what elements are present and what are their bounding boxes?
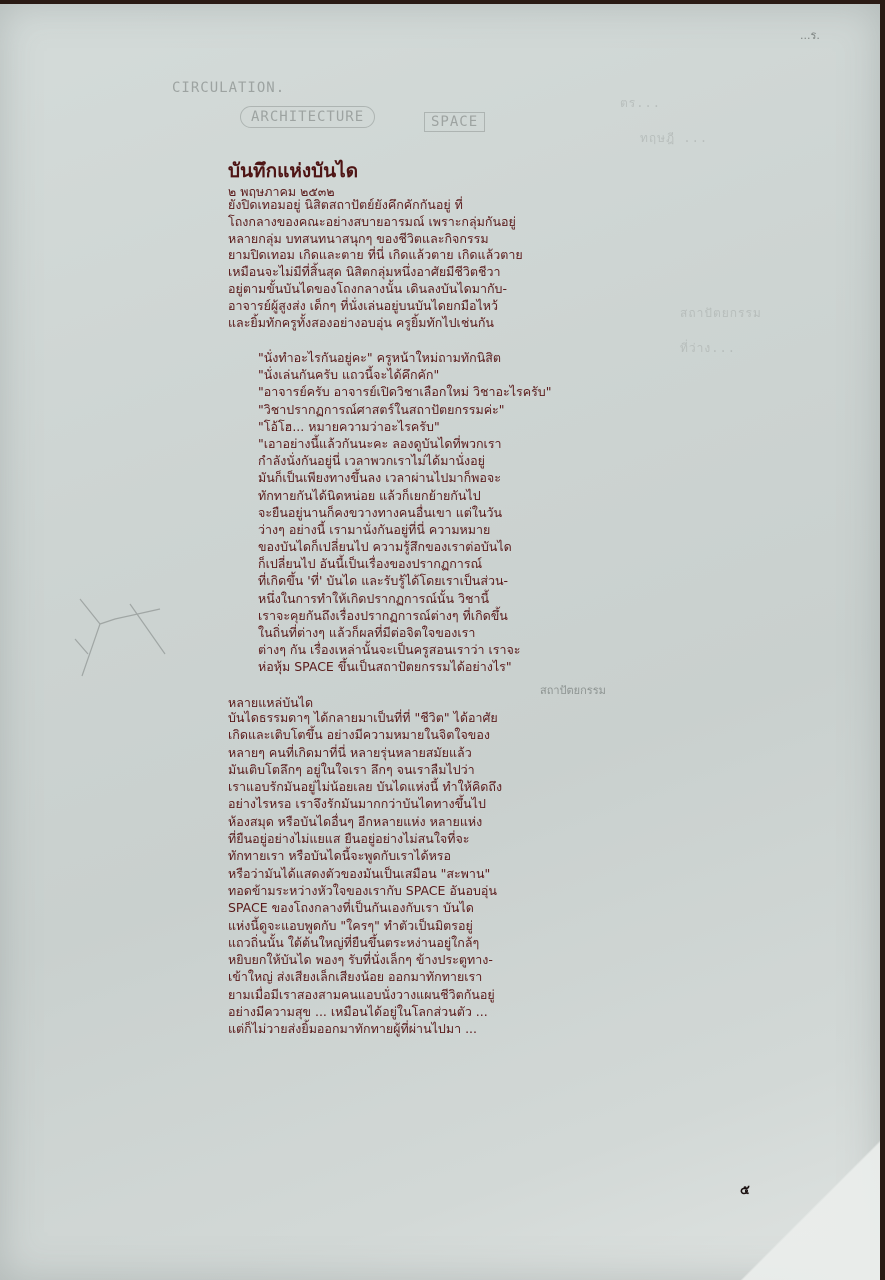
pencil-faint-note: สถาปัตยกรรม (680, 304, 762, 323)
paragraph-many-stairs: บันไดธรรมดาๆ ได้กลายมาเป็นที่ที่ "ชีวิต"… (228, 709, 502, 1038)
dialogue-line: ที่เกิดขึ้น 'ที่' บันได และรับรู้ได้โดยเ… (258, 572, 551, 589)
text-line: หลายกลุ่ม บทสนทนาสนุกๆ ของชีวิตและกิจกรร… (228, 231, 523, 248)
text-line: บันไดธรรมดาๆ ได้กลายมาเป็นที่ที่ "ชีวิต"… (228, 709, 502, 726)
pencil-faint-note: ตร... (620, 94, 661, 113)
pencil-note-circulation: CIRCULATION. (172, 80, 285, 96)
dialogue-line: ทักทายกันได้นิดหน่อย แล้วก็เยกย้ายกันไป (258, 487, 551, 504)
pencil-faint-note: ที่ว่าง... (680, 339, 736, 358)
dialogue-line: เราจะคุยกันถึงเรื่องปรากฏการณ์ต่างๆ ที่เ… (258, 607, 551, 624)
text-line: ทักทายเรา หรือบันไดนี้จะพูดกับเราได้หรอ (228, 847, 502, 864)
pencil-margin-note: สถาปัตยกรรม (540, 681, 606, 699)
pencil-scribble-icon (70, 594, 190, 694)
page-number: ๕ (740, 1179, 750, 1200)
text-line: แห่งนี้ดูจะแอบพูดกับ "ใครๆ" ทำตัวเป็นมิต… (228, 917, 502, 934)
text-line: ทอดข้ามระหว่างหัวใจของเรากับ SPACE อันอบ… (228, 882, 502, 899)
dialogue-line: จะยืนอยู่นานก็คงขวางทางคนอื่นเขา แต่ในวั… (258, 504, 551, 521)
dialogue-block: "นั่งทำอะไรกันอยู่คะ" ครูหน้าใหม่ถามทักน… (258, 349, 551, 676)
dialogue-line: ห่อหุ้ม SPACE ขึ้นเป็นสถาปัตยกรรมได้อย่า… (258, 658, 551, 675)
text-line: อย่างมีความสุข ... เหมือนได้อยู่ในโลกส่ว… (228, 1003, 502, 1020)
text-line: เหมือนจะไม่มีที่สิ้นสุด นิสิตกลุ่มหนึ่งอ… (228, 264, 523, 281)
text-line: โถงกลางของคณะอย่างสบายอารมณ์ เพราะกลุ่มก… (228, 214, 523, 231)
text-line: หลายๆ คนที่เกิดมาที่นี่ หลายรุ่นหลายสมัย… (228, 744, 502, 761)
dialogue-line: "นั่งทำอะไรกันอยู่คะ" ครูหน้าใหม่ถามทักน… (258, 349, 551, 366)
text-line: ยังปิดเทอมอยู่ นิสิตสถาปัตย์ยังคึกคักกัน… (228, 197, 523, 214)
dialogue-line: "วิชาปรากฏการณ์ศาสตร์ในสถาปัตยกรรมค่ะ" (258, 401, 551, 418)
paper-sheet: ...ร. CIRCULATION. ARCHITECTURE SPACE ตร… (0, 4, 880, 1280)
text-line: SPACE ของโถงกลางที่เป็นกันเองกับเรา บันไ… (228, 899, 502, 916)
dialogue-line: ว่างๆ อย่างนี้ เรามานั่งกันอยู่ที่นี่ คว… (258, 521, 551, 538)
dialogue-line: ของบันไดก็เปลี่ยนไป ความรู้สึกของเราต่อบ… (258, 538, 551, 555)
text-line: อยู่ตามขั้นบันไดของโถงกลางนั้น เดินลงบัน… (228, 281, 523, 298)
dialogue-line: "เอาอย่างนี้แล้วกันนะคะ ลองดูบันไดที่พวก… (258, 435, 551, 452)
pencil-note-space: SPACE (424, 112, 485, 132)
text-line: เข้าใหญ่ ส่งเสียงเล็กเสียงน้อย ออกมาทักท… (228, 968, 502, 985)
text-line: ยามเมื่อมีเราสองสามคนแอบนั่งวางแผนชีวิตก… (228, 986, 502, 1003)
dialogue-line: กำลังนั่งกันอยู่นี่ เวลาพวกเราไม่ได้มานั… (258, 452, 551, 469)
dialogue-line: ก็เปลี่ยนไป อันนี้เป็นเรื่องของปรากฏการณ… (258, 555, 551, 572)
dialogue-line: "อาจารย์ครับ อาจารย์เปิดวิชาเลือกใหม่ วิ… (258, 383, 551, 400)
text-line: อย่างไรหรอ เราจึงรักมันมากกว่าบันไดทางขึ… (228, 795, 502, 812)
text-line: ห้องสมุด หรือบันไดอื่นๆ อีกหลายแห่ง หลาย… (228, 813, 502, 830)
text-line: อาจารย์ผู้สูงส่ง เด็กๆ ที่นั่งเล่นอยู่บน… (228, 298, 523, 315)
pencil-faint-note: ทฤษฎี ... (640, 129, 708, 148)
pencil-note-architecture: ARCHITECTURE (240, 106, 375, 128)
pencil-corner-note: ...ร. (800, 26, 820, 44)
text-line: และยิ้มทักครูทั้งสองอย่างอบอุ่น ครูยิ้มท… (228, 315, 523, 332)
dialogue-line: ในถิ่นที่ต่างๆ แล้วก็ผลที่มีต่อจิตใจของเ… (258, 624, 551, 641)
text-line: เกิดและเติบโตขึ้น อย่างมีความหมายในจิตใจ… (228, 726, 502, 743)
text-line: หยิบยกให้บันได พองๆ รับที่นั่งเล็กๆ ข้าง… (228, 951, 502, 968)
dialogue-line: มันก็เป็นเพียงทางขึ้นลง เวลาผ่านไปมาก็พอ… (258, 469, 551, 486)
text-line: ที่ยืนอยู่อย่างไม่แยแส ยืนอยู่อย่างไม่สน… (228, 830, 502, 847)
text-line: หรือว่ามันได้แสดงตัวของมันเป็นเสมือน "สะ… (228, 865, 502, 882)
text-line: เราแอบรักมันอยู่ไม่น้อยเลย บันไดแห่งนี้ … (228, 778, 502, 795)
text-line: แต่ก็ไม่วายส่งยิ้มออกมาทักทายผู้ที่ผ่านไ… (228, 1020, 502, 1037)
text-line: แถวถิ่นนั้น ใต้ต้นใหญ่ที่ยืนขึ้นตระหง่าน… (228, 934, 502, 951)
paragraph-opening: ยังปิดเทอมอยู่ นิสิตสถาปัตย์ยังคึกคักกัน… (228, 197, 523, 331)
text-line: ยามปิดเทอม เกิดและตาย ที่นี่ เกิดแล้วตาย… (228, 247, 523, 264)
dialogue-line: "โอ้โฮ... หมายความว่าอะไรครับ" (258, 418, 551, 435)
dialogue-line: "นั่งเล่นกันครับ แถวนี้จะได้คึกคัก" (258, 366, 551, 383)
dialogue-line: หนึ่งในการทำให้เกิดปรากฏการณ์นั้น วิชานี… (258, 590, 551, 607)
text-line: มันเติบโตลึกๆ อยู่ในใจเรา ลึกๆ จนเราลืมไ… (228, 761, 502, 778)
dialogue-line: ต่างๆ กัน เรื่องเหล่านั้นจะเป็นครูสอนเรา… (258, 641, 551, 658)
